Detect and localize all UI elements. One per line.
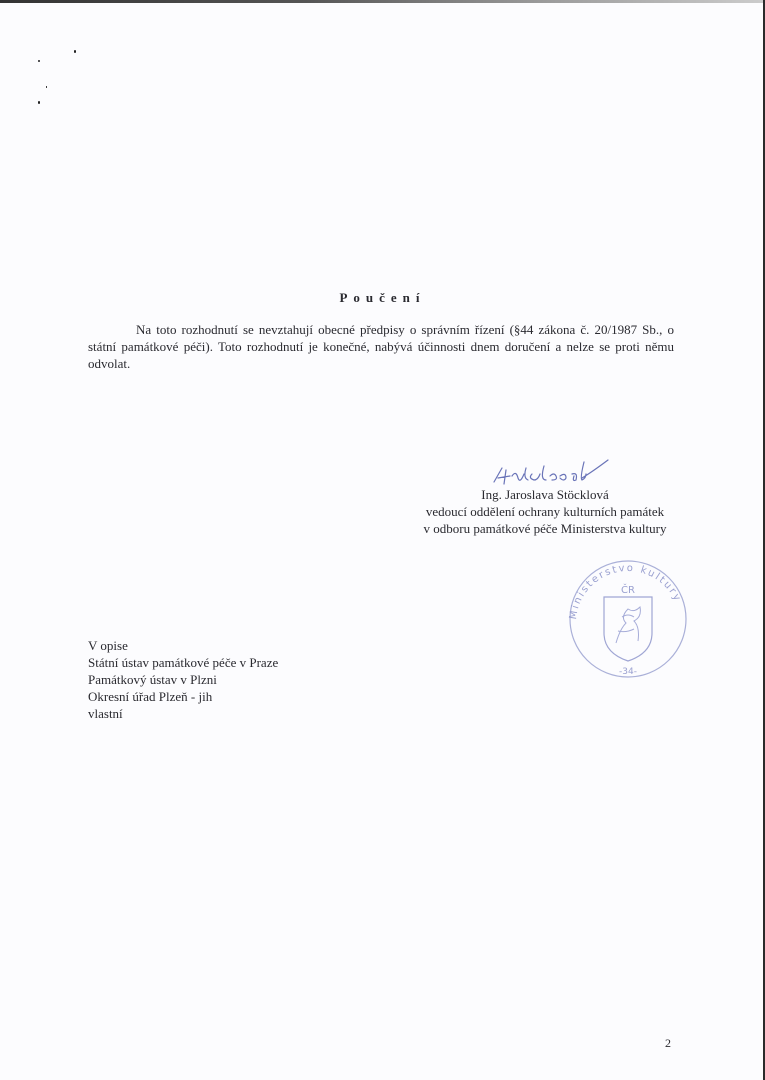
section-heading: Poučení	[0, 290, 765, 306]
page-number: 2	[665, 1036, 671, 1051]
copies-recipient: Okresní úřad Plzeň - jih	[88, 688, 278, 705]
scan-top-edge	[0, 0, 765, 3]
scan-speck	[74, 50, 76, 53]
copies-recipient: vlastní	[88, 705, 278, 722]
instruction-paragraph: Na toto rozhodnutí se nevztahují obecné …	[88, 321, 674, 372]
scan-speck	[38, 101, 40, 104]
coat-of-arms-shield-icon	[604, 597, 652, 661]
signatory-name: Ing. Jaroslava Stöcklová	[400, 486, 690, 503]
copies-label: V opise	[88, 637, 278, 654]
signature-block: Ing. Jaroslava Stöcklová vedoucí oddělen…	[400, 486, 690, 537]
stamp-number: -34-	[619, 667, 637, 677]
official-stamp: Ministerstvo kultury ČR -34-	[562, 557, 692, 679]
signatory-title-line2: v odboru památkové péče Ministerstva kul…	[400, 520, 690, 537]
copies-recipient: Památkový ústav v Plzni	[88, 671, 278, 688]
heraldic-lion-icon	[616, 607, 640, 643]
stamp-center-text: ČR	[621, 583, 635, 596]
document-page: Poučení Na toto rozhodnutí se nevztahují…	[0, 0, 765, 1080]
copies-recipient: Státní ústav památkové péče v Praze	[88, 654, 278, 671]
scan-speck	[46, 86, 47, 88]
paragraph-text: Na toto rozhodnutí se nevztahují obecné …	[88, 322, 674, 371]
signatory-title-line1: vedoucí oddělení ochrany kulturních pamá…	[400, 503, 690, 520]
copies-list: V opise Státní ústav památkové péče v Pr…	[88, 637, 278, 722]
scan-speck	[38, 60, 40, 62]
